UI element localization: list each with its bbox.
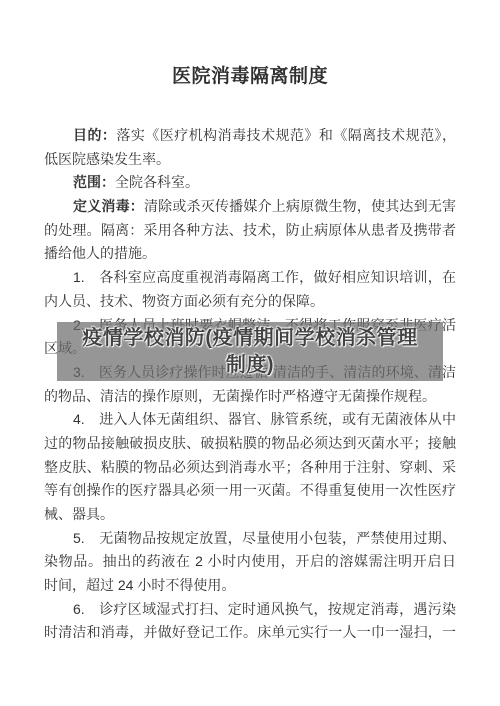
- line-text: 时清洁和消毒，并做好登记工作。床单元实行一人一巾一湿扫，一桌: [44, 624, 456, 645]
- paragraph-label: 定义消毒：: [73, 198, 144, 214]
- text-line: 等有创操作的医疗器具必须一用一灭菌。不得重复使用一次性医疗器: [44, 479, 456, 503]
- text-line: 的处理。隔离：采用各种方法、技术，防止病原体从患者及携带者传: [44, 219, 456, 243]
- document-title: 医院消毒隔离制度: [0, 0, 500, 90]
- text-line: 过的物品接触破损皮肤、破损粘膜的物品必须达到灭菌水平；接触完: [44, 432, 456, 456]
- line-text: 过的物品接触破损皮肤、破损粘膜的物品必须达到灭菌水平；接触完: [44, 435, 456, 456]
- line-text: 落实《医疗机构消毒技术规范》和《隔离技术规范》，降: [73, 127, 456, 148]
- line-text: 等有创操作的医疗器具必须一用一灭菌。不得重复使用一次性医疗器: [44, 482, 456, 503]
- page: 医院消毒隔离制度 目的：落实《医疗机构消毒技术规范》和《隔离技术规范》，降 低医…: [0, 0, 500, 706]
- line-text: 1. 各科室应高度重视消毒隔离工作，做好相应知识培训，在科: [73, 269, 456, 290]
- paragraph-label: 目的：: [73, 127, 116, 143]
- text-line: 械、器具。: [44, 503, 456, 527]
- text-line: 5. 无菌物品按规定放置，尽量使用小包装，严禁使用过期、污: [44, 527, 456, 551]
- line-text: 播给他人的措施。: [44, 245, 156, 261]
- line-text: 4. 进入人体无菌组织、器官、脉管系统，或有无菌液体从中流: [73, 411, 456, 432]
- line-text: 的处理。隔离：采用各种方法、技术，防止病原体从患者及携带者传: [44, 222, 456, 243]
- text-line: 的物品、清洁的操作原则，无菌操作时严格遵守无菌操作规程。: [44, 385, 456, 409]
- line-text: 5. 无菌物品按规定放置，尽量使用小包装，严禁使用过期、污: [73, 530, 456, 551]
- watermark-line-1: 疫情学校消防(疫情期间学校消杀管理: [82, 325, 417, 352]
- document-body: 目的：落实《医疗机构消毒技术规范》和《隔离技术规范》，降 低医院感染发生率。 范…: [44, 124, 456, 645]
- text-line: 范围：全院各科室。: [44, 171, 456, 195]
- text-line: 低医院感染发生率。: [44, 148, 456, 172]
- text-line: 时清洁和消毒，并做好登记工作。床单元实行一人一巾一湿扫，一桌: [44, 621, 456, 645]
- text-line: 目的：落实《医疗机构消毒技术规范》和《隔离技术规范》，降: [44, 124, 456, 148]
- text-line: 时间，超过 24 小时不得使用。: [44, 574, 456, 598]
- paragraph-label: 范围：: [73, 174, 115, 190]
- text-line: 6. 诊疗区域湿式打扫、定时通风换气，按规定消毒，遇污染随: [44, 598, 456, 622]
- watermark-overlay: 疫情学校消防(疫情期间学校消杀管理 制度): [57, 322, 443, 381]
- text-line: 内人员、技术、物资方面必须有充分的保障。: [44, 290, 456, 314]
- line-text: 械、器具。: [44, 506, 114, 522]
- line-text: 低医院感染发生率。: [44, 151, 170, 167]
- text-line: 1. 各科室应高度重视消毒隔离工作，做好相应知识培训，在科: [44, 266, 456, 290]
- text-line: 染物品。抽出的药液在 2 小时内使用，开启的溶媒需注明开启日期、: [44, 550, 456, 574]
- line-text: 时间，超过 24 小时不得使用。: [44, 577, 235, 593]
- watermark-line-2: 制度): [226, 352, 274, 379]
- line-text: 整皮肤、粘膜的物品必须达到消毒水平；各种用于注射、穿刺、采血: [44, 459, 456, 480]
- text-line: 定义消毒：清除或杀灭传播媒介上病原微生物，使其达到无害化: [44, 195, 456, 219]
- text-line: 播给他人的措施。: [44, 242, 456, 266]
- line-text: 6. 诊疗区域湿式打扫、定时通风换气，按规定消毒，遇污染随: [73, 601, 456, 622]
- text-line: 整皮肤、粘膜的物品必须达到消毒水平；各种用于注射、穿刺、采血: [44, 456, 456, 480]
- line-text: 染物品。抽出的药液在 2 小时内使用，开启的溶媒需注明开启日期、: [44, 553, 456, 574]
- line-text: 内人员、技术、物资方面必须有充分的保障。: [44, 293, 324, 309]
- text-line: 4. 进入人体无菌组织、器官、脉管系统，或有无菌液体从中流: [44, 408, 456, 432]
- line-text: 的物品、清洁的操作原则，无菌操作时严格遵守无菌操作规程。: [44, 388, 436, 404]
- line-text: 全院各科室。: [115, 174, 199, 190]
